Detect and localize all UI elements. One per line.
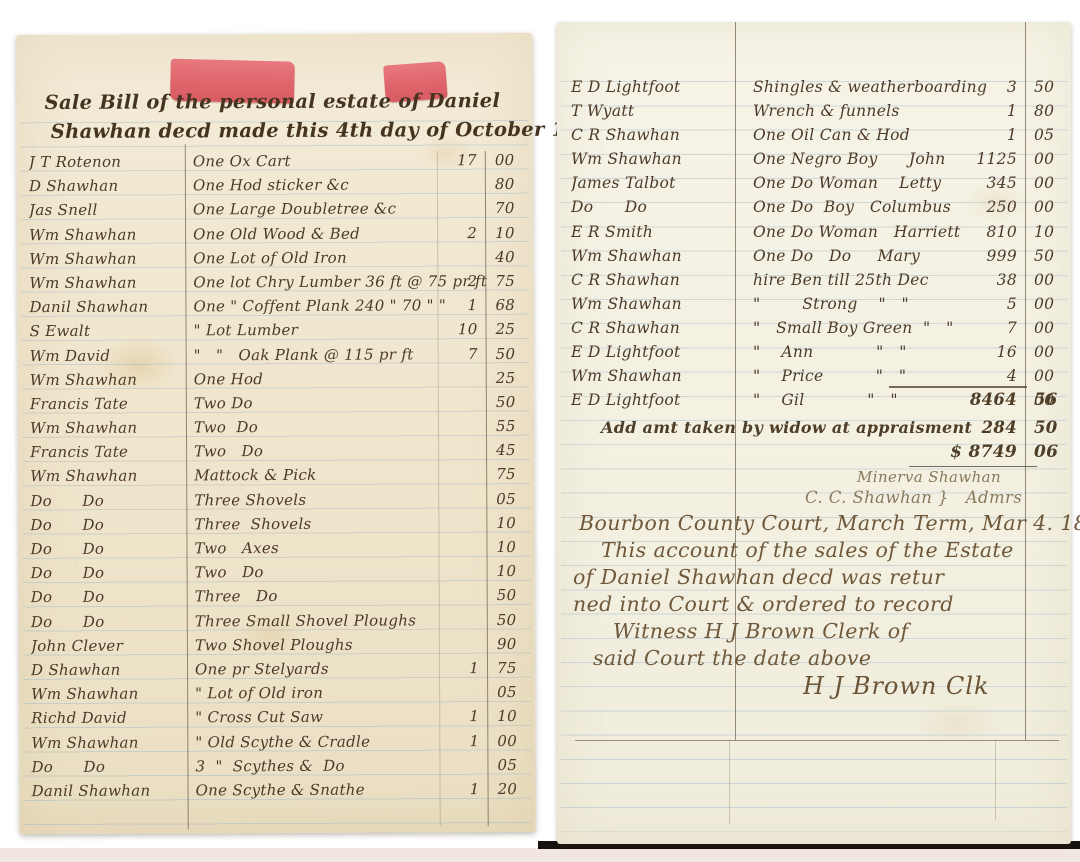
item-description: One Lot of Old Iron [193, 248, 347, 267]
amount-cents: 20 [498, 780, 518, 798]
table-row: E R Smith One Do Woman Harriett 810 10 [557, 223, 1071, 247]
amount-cents: 00 [1034, 343, 1054, 361]
item-description: Two Shovel Ploughs [195, 635, 353, 654]
amount-dollars: 1 [411, 707, 479, 725]
buyer-name: Wm Shawhan [29, 249, 181, 268]
subtotal-cents: 56 [1034, 390, 1058, 409]
amount-cents: 68 [495, 296, 515, 314]
item-description: One " Coffent Plank 240 " 70 " " [193, 296, 446, 315]
amount-cents: 00 [1034, 198, 1054, 216]
buyer-name: Wm Shawhan [571, 150, 731, 168]
amount-dollars: 345 [935, 174, 1017, 192]
buyer-name: Do Do [30, 539, 182, 558]
buyer-name: Do Do [31, 757, 183, 776]
name-column-rule-lower [729, 740, 730, 824]
court-record-block: Bourbon County Court, March Term, Mar 4.… [573, 510, 1061, 700]
subtotal-rule [889, 386, 1027, 388]
buyer-name: Wm Shawhan [30, 418, 182, 437]
item-description: " Price " " [753, 367, 906, 385]
sale-entries-left: J T Rotenon One Ox Cart 17 00 D Shawhan … [17, 151, 536, 806]
amount-cents: 00 [1034, 295, 1054, 313]
item-description: Two Do [194, 418, 258, 436]
buyer-name: Danil Shawhan [29, 298, 181, 317]
amount-cents: 10 [496, 514, 516, 532]
item-description: One Hod [194, 370, 263, 388]
item-description: Two Axes [194, 539, 279, 557]
buyer-name: E D Lightfoot [571, 343, 731, 361]
item-description: One Negro Boy John [753, 150, 946, 168]
court-record-line: Witness H J Brown Clerk of [573, 618, 1061, 645]
buyer-name: Wm David [30, 346, 182, 365]
item-description: One Oil Can & Hod [753, 126, 910, 144]
buyer-name: Do Do [31, 588, 183, 607]
document-title-line1: Sale Bill of the personal estate of Dani… [45, 89, 501, 114]
amount-dollars: 810 [935, 223, 1017, 241]
amount-cents: 00 [1034, 174, 1054, 192]
amount-cents: 10 [497, 562, 517, 580]
table-row: E D Lightfoot " Ann " " 16 00 [557, 343, 1071, 367]
buyer-name: John Clever [31, 636, 183, 655]
amount-dollars: 999 [935, 247, 1017, 265]
buyer-name: Do Do [30, 515, 182, 534]
buyer-name: Wm Shawhan [30, 370, 182, 389]
table-row: Wm Shawhan " Strong " " 5 00 [557, 295, 1071, 319]
amount-dollars: 1 [411, 732, 479, 750]
amount-cents: 75 [496, 465, 516, 483]
amount-dollars: 1 [935, 126, 1017, 144]
amount-dollars: 17 [409, 151, 477, 169]
table-row: S Ewalt " Lot Lumber 10 25 [18, 320, 534, 346]
amount-cents: 25 [496, 369, 516, 387]
amount-cents: 00 [497, 731, 517, 749]
amount-dollars: 7 [935, 319, 1017, 337]
item-description: One Ox Cart [193, 152, 291, 170]
buyer-name: E D Lightfoot [571, 391, 731, 409]
buyer-name: Wm Shawhan [29, 273, 181, 292]
court-record-line: of Daniel Shawhan decd was retur [573, 564, 1061, 591]
item-description: Three Shovels [194, 515, 311, 534]
amount-cents: 80 [1034, 102, 1054, 120]
table-row: Jas Snell One Large Doubletree &c 70 [17, 199, 533, 225]
amount-dollars: 16 [935, 343, 1017, 361]
buyer-name: Wm Shawhan [571, 295, 731, 313]
court-record-line: Bourbon County Court, March Term, Mar 4.… [573, 510, 1061, 537]
amount-dollars: 1 [412, 780, 480, 798]
item-description: " Lot Lumber [194, 321, 299, 339]
buyer-name: Francis Tate [30, 394, 182, 413]
table-row: Richd David " Cross Cut Saw 1 10 [19, 707, 535, 733]
amount-cents: 75 [495, 272, 515, 290]
amount-cents: 75 [497, 659, 517, 677]
table-row: E D Lightfoot Shingles & weatherboarding… [557, 78, 1071, 102]
court-record-line: ned into Court & ordered to record [573, 591, 1061, 618]
table-row: Francis Tate Two Do 50 [18, 393, 534, 419]
table-row: John Clever Two Shovel Ploughs 90 [19, 635, 535, 661]
right-page: E D Lightfoot Shingles & weatherboarding… [557, 22, 1071, 844]
buyer-name: Wm Shawhan [30, 467, 182, 486]
table-row: Danil Shawhan One " Coffent Plank 240 " … [17, 296, 533, 322]
widow-cents: 50 [1034, 418, 1058, 437]
widow-dollars: 284 [935, 418, 1017, 437]
table-row: Wm Shawhan One Lot of Old Iron 40 [17, 248, 533, 274]
court-record-line: This account of the sales of the Estate [573, 537, 1061, 564]
item-description: " Old Scythe & Cradle [195, 732, 370, 751]
amount-cents: 05 [496, 490, 516, 508]
buyer-name: Do Do [571, 198, 731, 216]
table-row: James Talbot One Do Woman Letty 345 00 [557, 174, 1071, 198]
court-record-line: said Court the date above [573, 645, 1061, 672]
item-description: One Large Doubletree &c [193, 200, 396, 219]
table-row: Francis Tate Two Do 45 [18, 441, 534, 467]
amount-dollars: 4 [935, 367, 1017, 385]
table-row: Wm David " " Oak Plank @ 115 pr ft 7 50 [18, 344, 534, 370]
amount-cents: 90 [497, 635, 517, 653]
table-row: Do Do One Do Boy Columbus 250 00 [557, 198, 1071, 222]
buyer-name: C R Shawhan [571, 126, 731, 144]
document-title-line2: Shawhan decd made this 4th day of Octobe… [51, 118, 608, 143]
buyer-name: Jas Snell [29, 201, 181, 220]
table-row: Wm Shawhan One Negro Boy John 1125 00 [557, 150, 1071, 174]
buyer-name: Do Do [31, 564, 183, 583]
item-description: 3 " Scythes & Do [195, 756, 344, 775]
buyer-name: Wm Shawhan [31, 733, 183, 752]
amount-dollars: 10 [410, 320, 478, 338]
item-description: " Strong " " [753, 295, 909, 313]
amount-cents: 70 [495, 199, 515, 217]
item-description: " Small Boy Green " " [753, 319, 954, 337]
table-row: Do Do 3 " Scythes & Do 05 [19, 756, 535, 782]
table-closing-rule [575, 740, 1059, 741]
item-description: Wrench & funnels [753, 102, 900, 120]
court-record-lines: Bourbon County Court, March Term, Mar 4.… [573, 510, 1061, 672]
item-description: hire Ben till 25th Dec [753, 271, 929, 289]
item-description: Two Do [194, 442, 263, 460]
buyer-name: Do Do [30, 491, 182, 510]
item-description: Three Do [195, 587, 278, 605]
amount-cents: 50 [496, 344, 516, 362]
amount-cents: 40 [495, 248, 515, 266]
amount-dollars: 2 [409, 224, 477, 242]
amount-cents: 50 [1034, 78, 1054, 96]
clerk-signature: H J Brown Clk [573, 672, 1061, 700]
amount-cents: 10 [497, 707, 517, 725]
item-description: One Do Boy Columbus [753, 198, 951, 216]
left-page: Sale Bill of the personal estate of Dani… [16, 33, 535, 834]
amount-dollars: 2 [409, 272, 477, 290]
amount-cents: 50 [497, 586, 517, 604]
scanner-mat-strip [0, 848, 1080, 862]
amount-cents: 10 [495, 224, 515, 242]
item-description: One Scythe & Snathe [196, 780, 365, 799]
table-row: Do Do Three Small Shovel Ploughs 50 [19, 610, 535, 636]
amount-dollars: 5 [935, 295, 1017, 313]
amount-dollars: 7 [410, 345, 478, 363]
table-row: C R Shawhan One Oil Can & Hod 1 05 [557, 126, 1071, 150]
amount-cents: 45 [496, 441, 516, 459]
amount-cents: 25 [496, 320, 516, 338]
item-description: " Cross Cut Saw [195, 708, 323, 727]
table-row: J T Rotenon One Ox Cart 17 00 [17, 151, 533, 177]
signature-cc-shawhan-admrs: C. C. Shawhan } Admrs [805, 488, 1022, 507]
amount-cents: 10 [496, 538, 516, 556]
table-row: Wm Shawhan One Do Do Mary 999 50 [557, 247, 1071, 271]
table-row: Danil Shawhan One Scythe & Snathe 1 20 [20, 780, 536, 806]
amount-cents: 00 [1034, 319, 1054, 337]
table-row: Wm Shawhan One Hod 25 [18, 369, 534, 395]
table-row: D Shawhan One pr Stelyards 1 75 [19, 659, 535, 685]
amount-cents: 00 [1034, 271, 1054, 289]
amount-cents: 05 [497, 756, 517, 774]
item-description: One pr Stelyards [195, 660, 329, 679]
amount-cents: 00 [495, 151, 515, 169]
amount-cents: 05 [497, 683, 517, 701]
item-description: One Do Woman Letty [753, 174, 941, 192]
table-row: Wm Shawhan Mattock & Pick 75 [18, 465, 534, 491]
item-description: " Lot of Old iron [195, 684, 323, 703]
table-row: Wm Shawhan " Lot of Old iron 05 [19, 683, 535, 709]
buyer-name: J T Rotenon [29, 152, 181, 171]
buyer-name: Do Do [31, 612, 183, 631]
item-description: One Old Wood & Bed [193, 224, 360, 243]
item-description: One Hod sticker &c [193, 176, 349, 195]
table-row: Wm Shawhan One lot Chry Lumber 36 ft @ 7… [17, 272, 533, 298]
table-row: D Shawhan One Hod sticker &c 80 [17, 175, 533, 201]
cents-column-rule-lower [995, 740, 996, 820]
amount-cents: 05 [1034, 126, 1054, 144]
amount-cents: 00 [1034, 367, 1054, 385]
amount-cents: 50 [496, 393, 516, 411]
table-row: T Wyatt Wrench & funnels 1 80 [557, 102, 1071, 126]
amount-cents: 50 [1034, 247, 1054, 265]
widow-appraisement-label: Add amt taken by widow at appraisment [601, 418, 972, 437]
table-row: C R Shawhan hire Ben till 25th Dec 38 00 [557, 271, 1071, 295]
buyer-name: Danil Shawhan [32, 781, 184, 800]
amount-dollars: 3 [935, 78, 1017, 96]
item-description: One Do Woman Harriett [753, 223, 960, 241]
item-description: Mattock & Pick [194, 466, 316, 485]
amount-dollars: 1 [411, 659, 479, 677]
buyer-name: Wm Shawhan [29, 225, 181, 244]
amount-dollars: 1125 [935, 150, 1017, 168]
grand-total-rule [909, 466, 1037, 467]
buyer-name: S Ewalt [30, 322, 182, 341]
buyer-name: Wm Shawhan [571, 367, 731, 385]
table-row: C R Shawhan " Small Boy Green " " 7 00 [557, 319, 1071, 343]
buyer-name: Francis Tate [30, 443, 182, 462]
table-row: Wm Shawhan " Old Scythe & Cradle 1 00 [19, 731, 535, 757]
buyer-name: T Wyatt [571, 102, 731, 120]
buyer-name: D Shawhan [31, 660, 183, 679]
table-row: Do Do Three Shovels 10 [18, 514, 534, 540]
amount-cents: 00 [1034, 150, 1054, 168]
buyer-name: James Talbot [571, 174, 731, 192]
buyer-name: Richd David [31, 709, 183, 728]
table-row: Do Do Three Shovels 05 [18, 489, 534, 515]
amount-cents: 80 [495, 175, 515, 193]
item-description: One Do Do Mary [753, 247, 920, 265]
table-row: Do Do Three Do 50 [19, 586, 535, 612]
item-description: Three Shovels [194, 490, 306, 508]
grand-total-amount: $ 8749 [935, 442, 1017, 462]
item-description: Two Do [194, 394, 253, 412]
table-row: Do Do Two Axes 10 [18, 538, 534, 564]
buyer-name: Wm Shawhan [571, 247, 731, 265]
amount-dollars: 1 [935, 102, 1017, 120]
subtotal-dollars: 8464 [935, 390, 1017, 409]
amount-cents: 10 [1034, 223, 1054, 241]
item-description: Two Do [195, 563, 264, 581]
item-description: " Gil " " [753, 391, 898, 409]
amount-cents: 55 [496, 417, 516, 435]
buyer-name: E D Lightfoot [571, 78, 731, 96]
buyer-name: Wm Shawhan [31, 685, 183, 704]
table-row: Do Do Two Do 10 [19, 562, 535, 588]
item-description: " Ann " " [753, 343, 907, 361]
buyer-name: E R Smith [571, 223, 731, 241]
signature-minerva-shawhan: Minerva Shawhan [857, 468, 1001, 486]
amount-dollars: 1 [409, 296, 477, 314]
item-description: Three Small Shovel Ploughs [195, 611, 416, 630]
buyer-name: D Shawhan [29, 177, 181, 196]
buyer-name: C R Shawhan [571, 271, 731, 289]
amount-cents: 50 [497, 611, 517, 629]
amount-dollars: 250 [935, 198, 1017, 216]
buyer-name: C R Shawhan [571, 319, 731, 337]
table-row: Wm Shawhan Two Do 55 [18, 417, 534, 443]
sale-entries-right: E D Lightfoot Shingles & weatherboarding… [557, 78, 1071, 415]
grand-total-cents: 06 [1034, 442, 1058, 462]
table-row: Wm Shawhan One Old Wood & Bed 2 10 [17, 223, 533, 249]
amount-dollars: 38 [935, 271, 1017, 289]
item-description: " " Oak Plank @ 115 pr ft [194, 345, 414, 364]
